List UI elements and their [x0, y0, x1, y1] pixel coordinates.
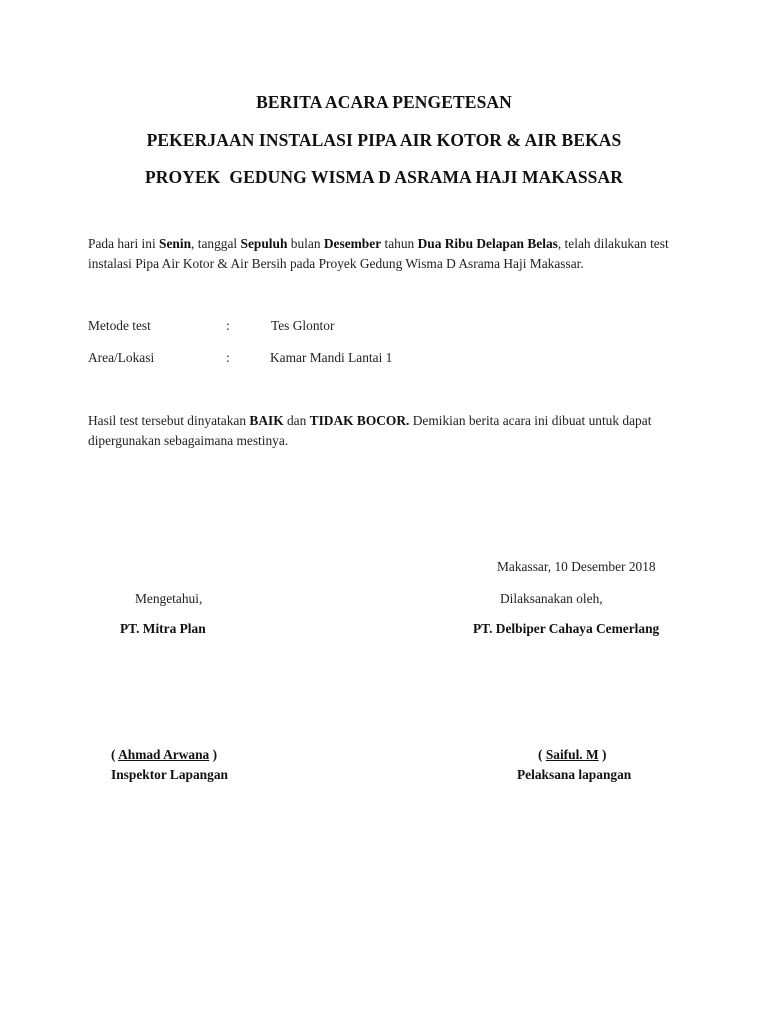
result-status-no-leak: TIDAK BOCOR. [310, 413, 410, 428]
intro-month: Desember [324, 236, 381, 251]
result-text: Hasil test tersebut dinyatakan [88, 413, 249, 428]
intro-day: Senin [159, 236, 191, 251]
intro-year: Dua Ribu Delapan Belas [418, 236, 558, 251]
document-subtitle-work: PEKERJAAN INSTALASI PIPA AIR KOTOR & AIR… [0, 130, 768, 151]
left-company: PT. Mitra Plan [120, 621, 206, 637]
detail-value-method: Tes Glontor [271, 316, 334, 336]
left-signature-name-line: ( Ahmad Arwana ) [111, 747, 217, 763]
left-position: Inspektor Lapangan [111, 767, 228, 783]
right-signatory-name: Saiful. M [546, 747, 599, 762]
intro-text: bulan [287, 236, 323, 251]
left-signatory-name: Ahmad Arwana [118, 747, 209, 762]
result-status-good: BAIK [249, 413, 283, 428]
document-page: BERITA ACARA PENGETESAN PEKERJAAN INSTAL… [0, 0, 768, 1024]
document-subtitle-project: PROYEK GEDUNG WISMA D ASRAMA HAJI MAKASS… [0, 167, 768, 188]
result-paragraph: Hasil test tersebut dinyatakan BAIK dan … [88, 411, 688, 451]
intro-paragraph: Pada hari ini Senin, tanggal Sepuluh bul… [88, 234, 688, 274]
detail-separator: : [226, 348, 230, 368]
paren: ( [538, 747, 546, 762]
detail-label-method: Metode test [88, 316, 151, 336]
paren: ) [209, 747, 217, 762]
paren: ) [599, 747, 607, 762]
detail-separator: : [226, 316, 230, 336]
place-date: Makassar, 10 Desember 2018 [497, 557, 656, 577]
right-company: PT. Delbiper Cahaya Cemerlang [473, 621, 659, 637]
right-signature-name-line: ( Saiful. M ) [538, 747, 606, 763]
result-text: dan [284, 413, 310, 428]
intro-date: Sepuluh [241, 236, 288, 251]
right-position: Pelaksana lapangan [517, 767, 631, 783]
intro-text: Pada hari ini [88, 236, 159, 251]
document-title: BERITA ACARA PENGETESAN [0, 92, 768, 113]
intro-text: tahun [381, 236, 417, 251]
right-role-intro: Dilaksanakan oleh, [500, 589, 603, 609]
detail-label-area: Area/Lokasi [88, 348, 154, 368]
intro-text: , tanggal [191, 236, 240, 251]
left-role-intro: Mengetahui, [135, 589, 202, 609]
detail-value-area: Kamar Mandi Lantai 1 [270, 348, 392, 368]
